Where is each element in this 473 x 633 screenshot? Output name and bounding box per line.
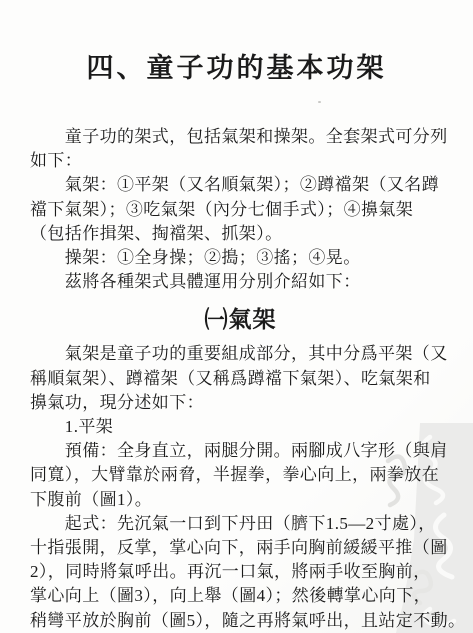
text-line: 起式：先沉氣一口到下丹田（臍下1.5—2寸處）， xyxy=(30,512,451,536)
text-line: 氣架：①平架（又名順氣架）；②蹲襠架（又名蹲 xyxy=(30,173,451,197)
text-line: 如下： xyxy=(30,149,451,173)
text-line: （包括作揖架、掏襠架、抓架）。 xyxy=(30,222,451,246)
text-line: 預備：全身直立，兩腿分開。兩腳成八字形（與肩 xyxy=(30,439,451,463)
section-heading: ㈠氣架 xyxy=(30,301,451,334)
text-line: 稍彎平放於胸前（圖5），隨之再將氣呼出，且站定不動。 xyxy=(30,609,451,633)
text-line: 操架：①全身操；②搗；③搖；④晃。 xyxy=(30,246,451,270)
text-line: 茲將各種架式具體運用分別介紹如下： xyxy=(30,270,451,294)
text-line: 襠下氣架）；③吃氣架（內分七個手式）；④擤氣架 xyxy=(30,198,451,222)
text-line: 氣架是童子功的重要組成部分，其中分爲平架（又 xyxy=(30,342,451,366)
text-line: 十指張開，反掌，掌心向下，兩手向胸前緩緩平推（圖 xyxy=(30,536,451,560)
text-line: 掌心向上（圖3），向上舉（圖4）；然後轉掌心向下， xyxy=(30,584,451,608)
text-line: 下腹前（圖1）。 xyxy=(30,488,451,512)
text-line: 稱順氣架）、蹲襠架（又稱爲蹲襠下氣架）、吃氣架和 xyxy=(30,367,451,391)
page-body: 童子功的架式，包括氣架和操架。全套架式可分列 如下： 氣架：①平架（又名順氣架）… xyxy=(0,85,473,633)
page-title: 四、童子功的基本功架 xyxy=(0,0,473,85)
book-page: 四、童子功的基本功架 童子功的架式，包括氣架和操架。全套架式可分列 如下： 氣架… xyxy=(0,0,473,633)
text-line: 2），同時將氣呼出。再沉一口氣，將兩手收至胸前， xyxy=(30,560,451,584)
text-line: 同寬），大臂靠於兩脅，半握拳，拳心向上，兩拳放在 xyxy=(30,463,451,487)
text-line: 1.平架 xyxy=(30,415,451,439)
text-line: 童子功的架式，包括氣架和操架。全套架式可分列 xyxy=(30,125,451,149)
text-line: 擤氣功，現分述如下： xyxy=(30,391,451,415)
